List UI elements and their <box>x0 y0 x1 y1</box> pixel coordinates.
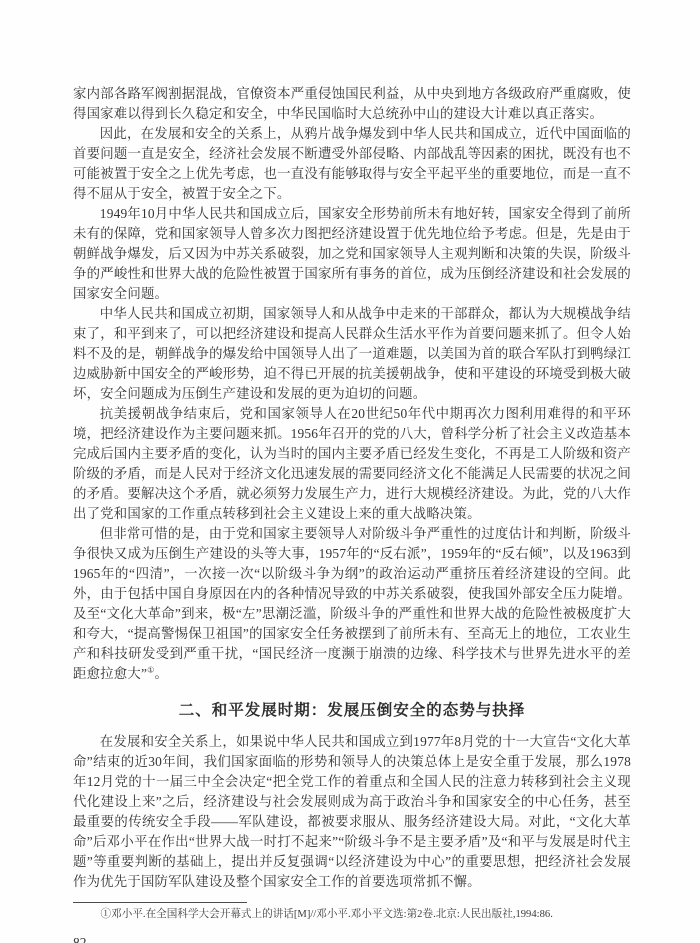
body-paragraph: 家内部各路军阀割据混战，官僚资本严重侵蚀国民利益，从中央到地方各级政府严重腐败，… <box>73 84 631 124</box>
body-paragraph: 因此，在发展和安全的关系上，从鸦片战争爆发到中华人民共和国成立，近代中国面临的首… <box>73 124 631 204</box>
section-heading: 二、和平发展时期：发展压倒安全的态势与抉择 <box>73 698 631 720</box>
paragraph-text: 但非常可惜的是，由于党和国家主要领导人对阶级斗争严重性的过度估计和判断，阶级斗争… <box>73 526 631 681</box>
body-paragraph: 抗美援朝战争结束后，党和国家领导人在20世纪50年代中期再次力图利用难得的和平环… <box>73 404 631 524</box>
paragraph-text: 。 <box>154 666 168 681</box>
body-paragraph: 但非常可惜的是，由于党和国家主要领导人对阶级斗争严重性的过度估计和判断，阶级斗争… <box>73 524 631 684</box>
footnote-divider <box>73 902 247 903</box>
text-block: 家内部各路军阀割据混战，官僚资本严重侵蚀国民利益，从中央到地方各级政府严重腐败，… <box>73 84 631 943</box>
footnote-area: ①邓小平.在全国科学大会开幕式上的讲话[M]//邓小平.邓小平文选:第2卷.北京… <box>73 902 631 922</box>
body-paragraph: 1949年10月中华人民共和国成立后，国家安全形势前所未有地好转，国家安全得到了… <box>73 204 631 304</box>
footnote: ①邓小平.在全国科学大会开幕式上的讲话[M]//邓小平.邓小平文选:第2卷.北京… <box>73 908 631 922</box>
body-paragraph: 在发展和安全关系上，如果说中华人民共和国成立到1977年8月党的十一大宣告“文化… <box>73 732 631 892</box>
page-number: 82 <box>73 935 631 943</box>
document-page: 家内部各路军阀割据混战，官僚资本严重侵蚀国民利益，从中央到地方各级政府严重腐败，… <box>0 0 700 943</box>
body-paragraph: 中华人民共和国成立初期，国家领导人和从战争中走来的干部群众，都认为大规模战争结束… <box>73 304 631 404</box>
